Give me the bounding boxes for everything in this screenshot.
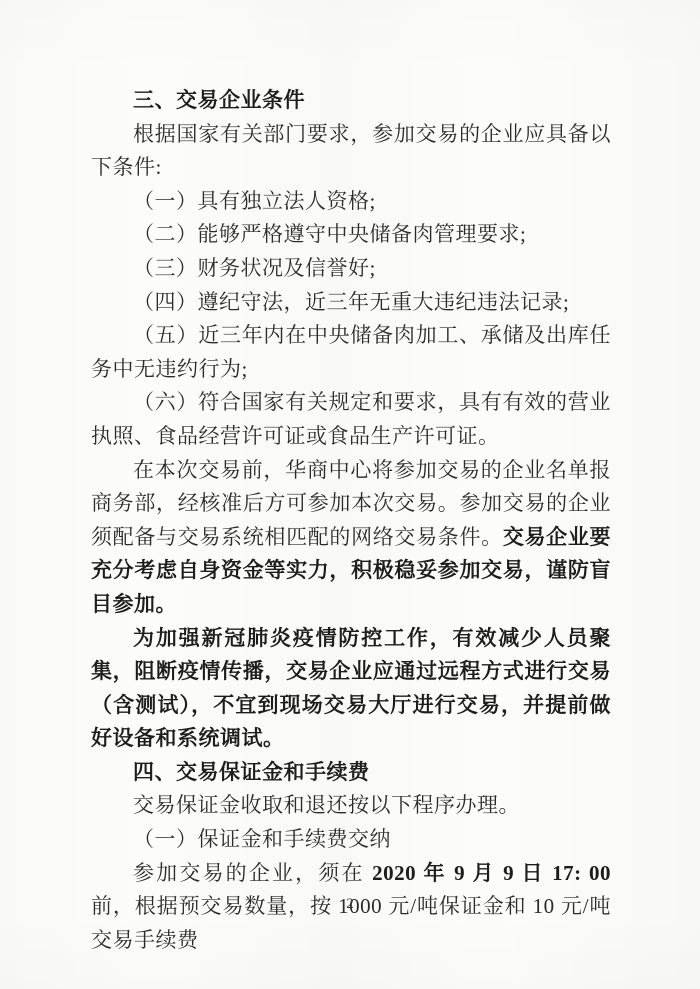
text-run: （三）财务状况及信誉好; bbox=[133, 256, 376, 280]
condition-6: （六）符合国家有关规定和要求，具有有效的营业执照、食品经营许可证或食品生产许可证… bbox=[91, 386, 611, 453]
epidemic-notice: 为加强新冠肺炎疫情防控工作，有效减少人员聚集，阻断疫情传播，交易企业应通过远程方… bbox=[91, 622, 611, 756]
text-run: 三、交易企业条件 bbox=[133, 89, 305, 112]
text-run: （二）能够严格遵守中央储备肉管理要求; bbox=[133, 222, 526, 246]
text-run: 参加交易的企业，须在 bbox=[133, 861, 372, 885]
text-run: 2020 年 9 月 9 日 17: 00 bbox=[372, 861, 611, 885]
pre-trade-notice: 在本次交易前，华商中心将参加交易的企业名单报商务部，经核准后方可参加本次交易。参… bbox=[91, 454, 611, 622]
condition-1: （一）具有独立法人资格; bbox=[91, 185, 611, 219]
condition-3: （三）财务状况及信誉好; bbox=[91, 252, 611, 286]
text-run: （一）具有独立法人资格; bbox=[133, 189, 376, 213]
section-3-heading: 三、交易企业条件 bbox=[91, 84, 611, 118]
document-body: 三、交易企业条件根据国家有关部门要求，参加交易的企业应具备以下条件:（一）具有独… bbox=[91, 84, 611, 957]
section-3-intro: 根据国家有关部门要求，参加交易的企业应具备以下条件: bbox=[91, 118, 611, 185]
text-run: 交易保证金收取和退还按以下程序办理。 bbox=[133, 793, 520, 817]
page-number: 2 bbox=[0, 896, 700, 913]
text-run: 四、交易保证金和手续费 bbox=[133, 761, 370, 784]
condition-2: （二）能够严格遵守中央储备肉管理要求; bbox=[91, 218, 611, 252]
condition-4: （四）遵纪守法，近三年无重大违纪违法记录; bbox=[91, 286, 611, 320]
text-run: 根据国家有关部门要求，参加交易的企业应具备以下条件: bbox=[91, 122, 611, 180]
text-run: （六）符合国家有关规定和要求，具有有效的营业执照、食品经营许可证或食品生产许可证… bbox=[91, 390, 611, 448]
condition-5: （五）近三年内在中央储备肉加工、承储及出库任务中无违约行为; bbox=[91, 319, 611, 386]
text-run: （四）遵纪守法，近三年无重大违纪违法记录; bbox=[133, 290, 569, 314]
text-run: （五）近三年内在中央储备肉加工、承储及出库任务中无违约行为; bbox=[91, 323, 611, 381]
text-run: （一）保证金和手续费交纳 bbox=[133, 827, 391, 851]
section-4-heading: 四、交易保证金和手续费 bbox=[91, 756, 611, 790]
subsection-4-1-heading: （一）保证金和手续费交纳 bbox=[91, 823, 611, 857]
section-4-intro: 交易保证金收取和退还按以下程序办理。 bbox=[91, 789, 611, 823]
document-page: 三、交易企业条件根据国家有关部门要求，参加交易的企业应具备以下条件:（一）具有独… bbox=[0, 0, 700, 989]
text-run: 为加强新冠肺炎疫情防控工作，有效减少人员聚集，阻断疫情传播，交易企业应通过远程方… bbox=[91, 626, 611, 751]
